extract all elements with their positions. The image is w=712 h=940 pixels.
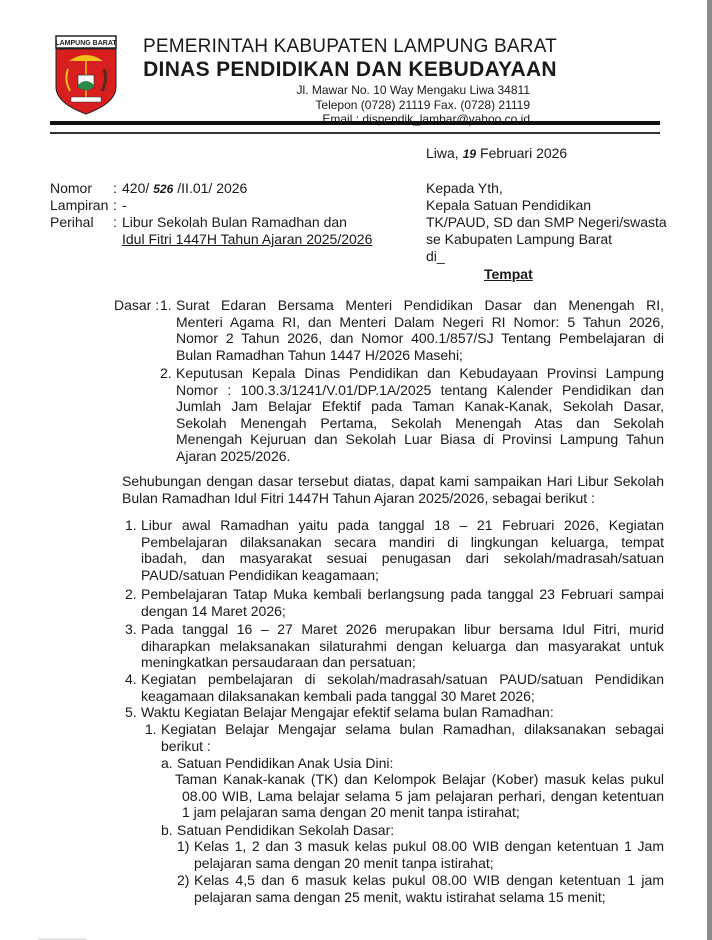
sub-b-item-1: Kelas 1, 2 dan 3 masuk kelas pukul 08.00…	[194, 838, 664, 871]
perihal-line-2: Idul Fitri 1447H Tahun Ajaran 2025/2026	[122, 231, 372, 247]
date-initial: 19	[463, 147, 476, 161]
recipient-line: Kepala Satuan Pendidikan	[426, 197, 591, 213]
point-1: Libur awal Ramadhan yaitu pada tanggal 1…	[141, 517, 664, 583]
recipient-line: TK/PAUD, SD dan SMP Negeri/swasta	[426, 214, 667, 230]
letterhead-rule-thick	[330, 121, 660, 125]
recipient-place: Tempat	[484, 266, 533, 282]
point-4: Kegiatan pembelajaran di sekolah/madrasa…	[141, 671, 664, 704]
letterhead: PEMERINTAH KABUPATEN LAMPUNG BARAT DINAS…	[130, 36, 570, 82]
sub-b-title: Satuan Pendidikan Sekolah Dasar:	[177, 822, 394, 838]
nomor-value: 420/526/II.01/ 2026	[122, 180, 247, 197]
perihal-line-1: Libur Sekolah Bulan Ramadhan dan	[122, 214, 347, 230]
point-2: Pembelajaran Tatap Muka kembali berlangs…	[141, 586, 664, 619]
recipient-line: Kepada Yth,	[426, 180, 503, 196]
nomor-label: Nomor	[50, 180, 92, 196]
sub-item-1: Kegiatan Belajar Mengajar selama bulan R…	[161, 721, 664, 754]
recipient-line: se Kabupaten Lampung Barat	[426, 231, 612, 247]
perihal-label: Perihal	[50, 214, 94, 230]
address: Jl. Mawar No. 10 Way Mengaku Liwa 34811	[240, 83, 530, 98]
lampiran-label: Lampiran	[50, 197, 108, 213]
sub-a-title: Satuan Pendidikan Anak Usia Dini:	[177, 755, 393, 771]
regency-logo: LAMPUNG BARAT	[55, 35, 117, 115]
dasar-item-1: Surat Edaran Bersama Menteri Pendidikan …	[176, 297, 664, 363]
svg-text:LAMPUNG BARAT: LAMPUNG BARAT	[55, 40, 117, 47]
dasar-label: Dasar :	[114, 297, 159, 313]
point-5: Waktu Kegiatan Belajar Mengajar efektif …	[141, 704, 664, 721]
point-3: Pada tanggal 16 – 27 Maret 2026 merupaka…	[141, 621, 664, 671]
recipient-line: di_	[426, 248, 445, 264]
letterhead-rule-thick	[50, 121, 330, 125]
sub-a-body: Taman Kanak-kanak (TK) dan Kelompok Bela…	[175, 771, 664, 821]
letterhead-rule-thin	[50, 132, 330, 134]
letter-date: Liwa,19Februari 2026	[426, 145, 567, 162]
agency-name: DINAS PENDIDIKAN DAN KEBUDAYAAN	[130, 58, 570, 82]
dasar-item-2: Keputusan Kepala Dinas Pendidikan dan Ke…	[176, 365, 664, 464]
nomor-initial: 526	[153, 182, 173, 196]
letterhead-contact: Jl. Mawar No. 10 Way Mengaku Liwa 34811 …	[240, 83, 530, 127]
phone: Telepon (0728) 21119 Fax. (0728) 21119	[240, 98, 530, 113]
sub-b-item-2: Kelas 4,5 dan 6 masuk kelas pukul 08.00 …	[194, 872, 664, 905]
page-edge	[707, 0, 712, 940]
lampiran-value: -	[122, 197, 127, 213]
intro-paragraph: Sehubungan dengan dasar tersebut diatas,…	[122, 473, 664, 506]
government-name: PEMERINTAH KABUPATEN LAMPUNG BARAT	[130, 36, 570, 58]
letterhead-rule-thin	[330, 132, 660, 134]
